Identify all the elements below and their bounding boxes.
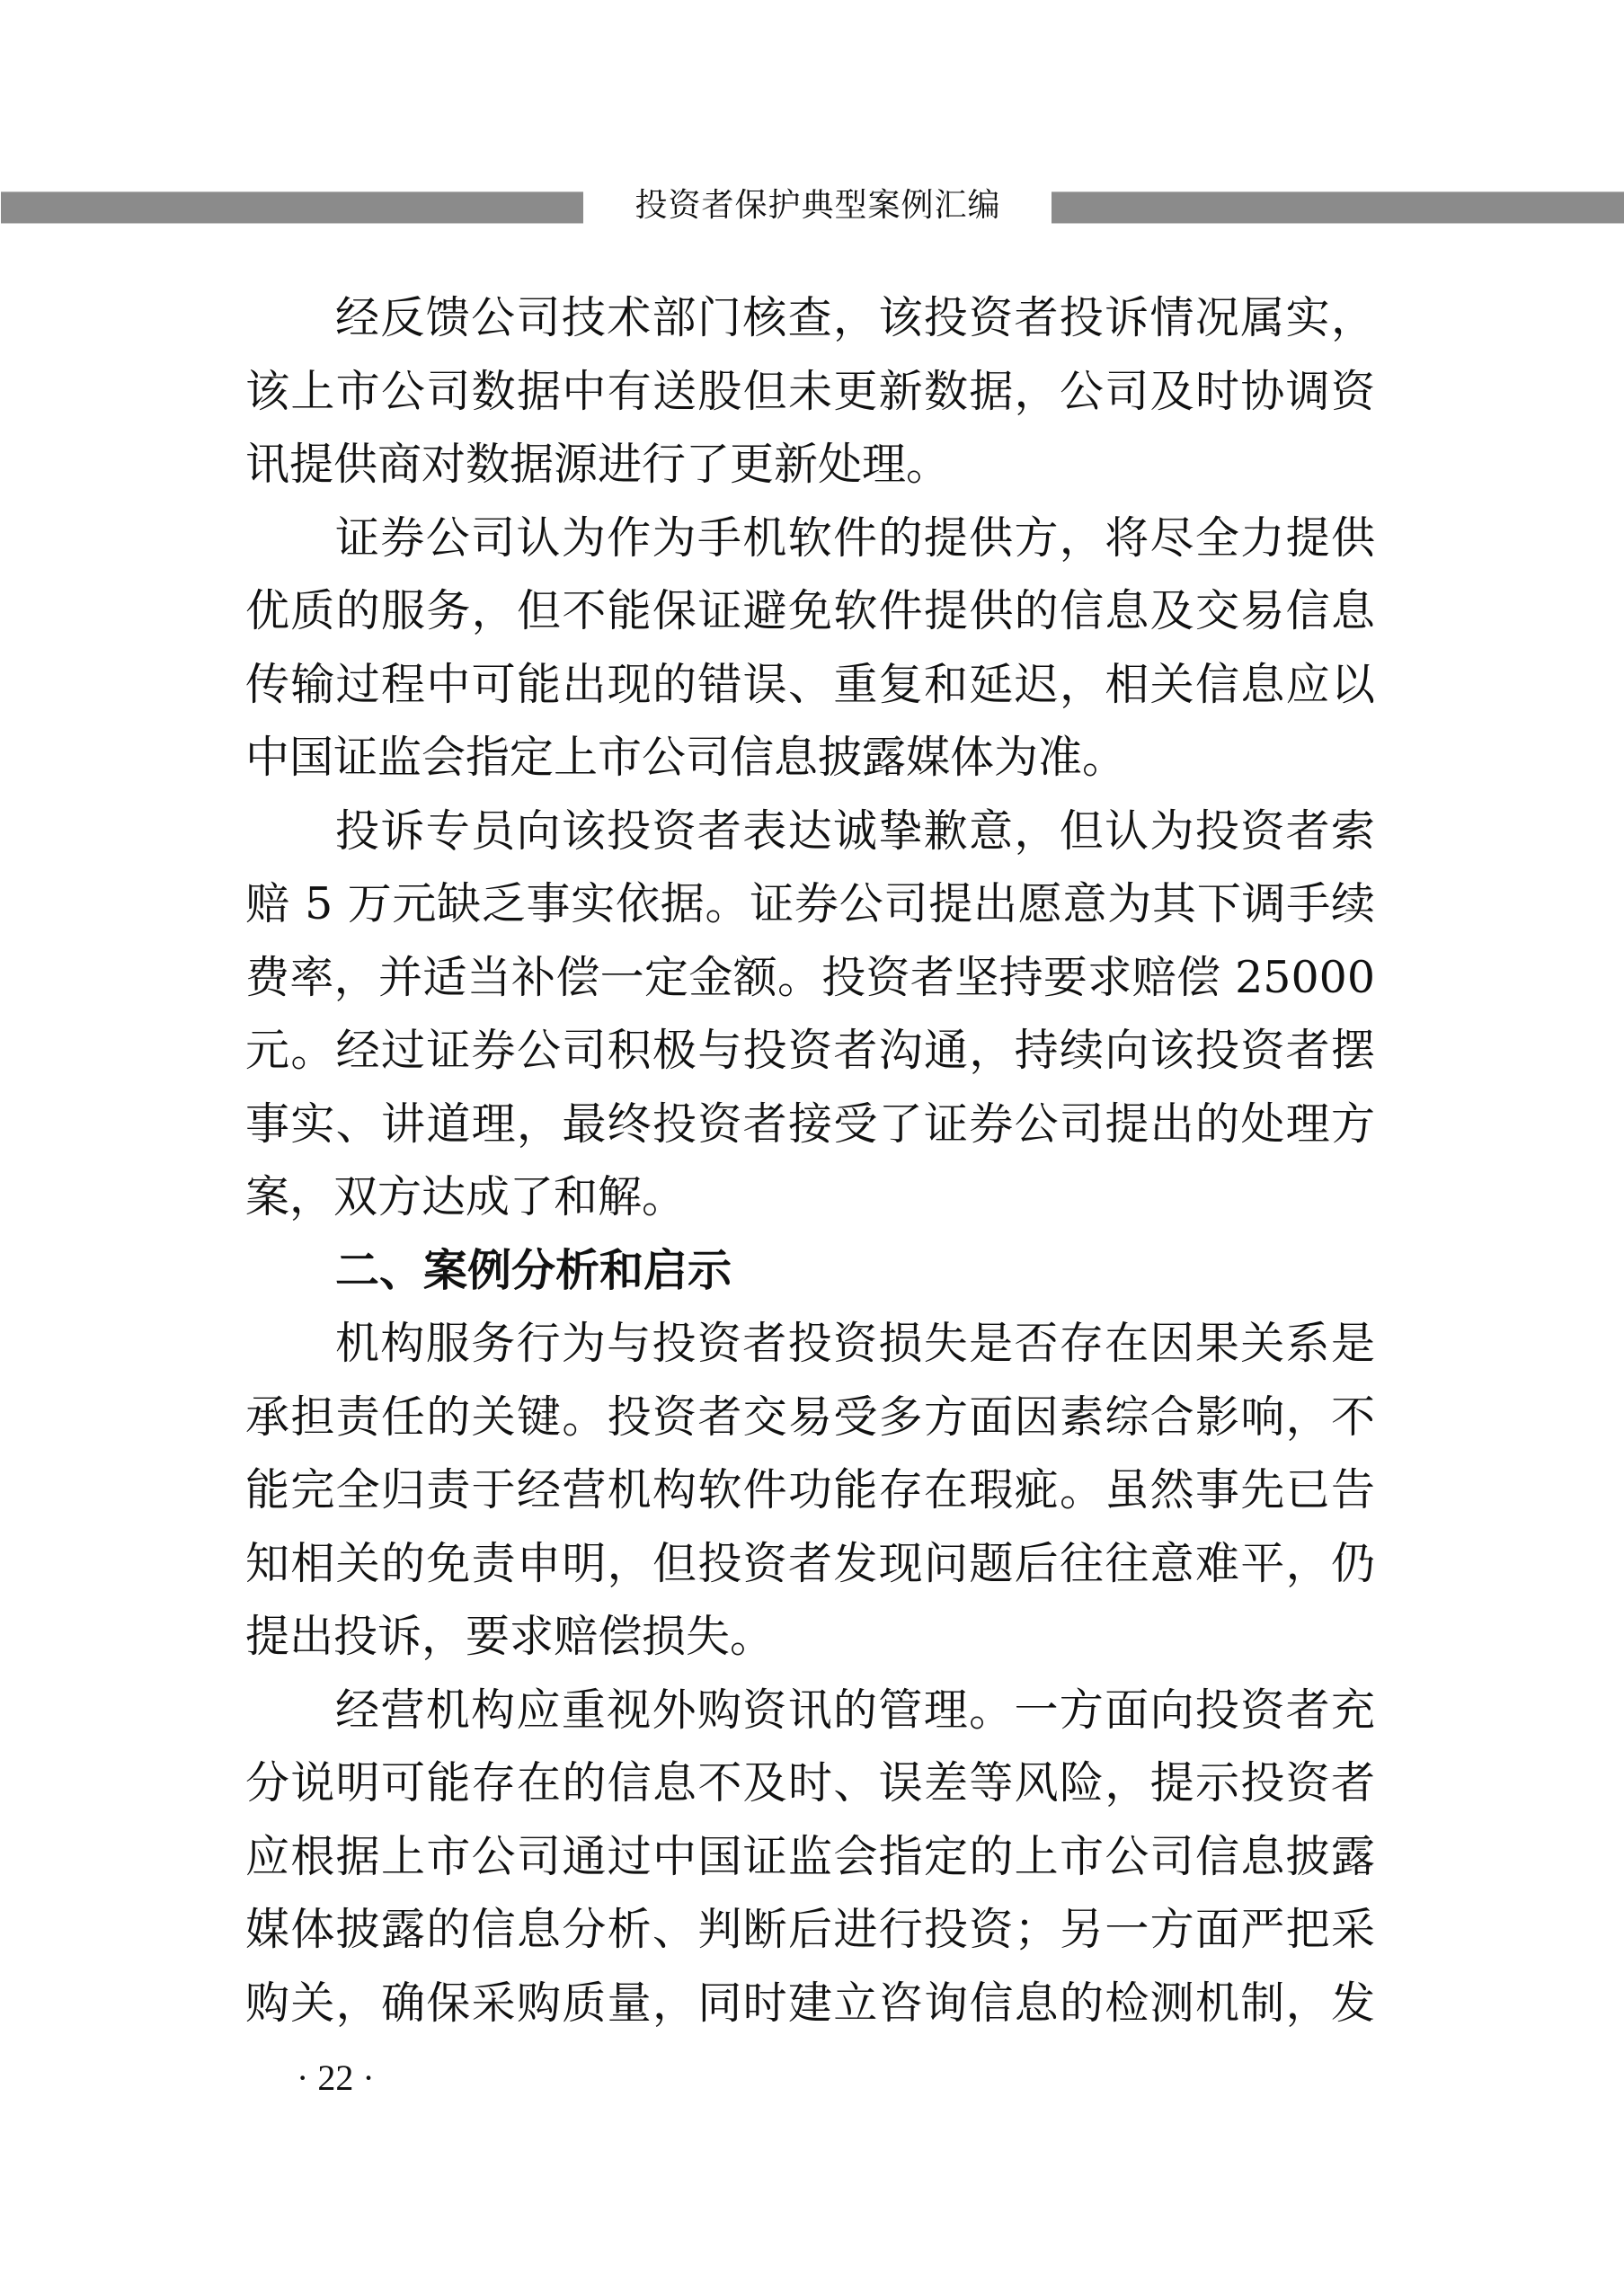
header-bar-left bbox=[1, 191, 583, 224]
paragraph-5-line: 购关，确保采购质量，同时建立咨询信息的检测机制，发 bbox=[245, 1971, 1375, 2045]
paragraph-4-line: 提出投诉，要求赔偿损失。 bbox=[245, 1604, 1375, 1678]
paragraph-3-line: 案，双方达成了和解。 bbox=[245, 1165, 1375, 1239]
header-bar-right bbox=[1052, 191, 1624, 224]
paragraph-5-line: 经营机构应重视外购资讯的管理。一方面向投资者充 bbox=[245, 1678, 1375, 1752]
paragraph-5-line: 应根据上市公司通过中国证监会指定的上市公司信息披露 bbox=[245, 1825, 1375, 1898]
running-header: 投资者保护典型案例汇编 bbox=[0, 191, 1624, 224]
paragraph-4-line: 机构服务行为与投资者投资损失是否存在因果关系是 bbox=[245, 1311, 1375, 1385]
paragraph-3-line: 投诉专员向该投资者表达诚挚歉意，但认为投资者索 bbox=[245, 799, 1375, 873]
paragraph-3-line: 事实、讲道理，最终投资者接受了证券公司提出的处理方 bbox=[245, 1092, 1375, 1166]
running-title: 投资者保护典型案例汇编 bbox=[629, 188, 1007, 224]
paragraph-1-line: 经反馈公司技术部门核查，该投资者投诉情况属实， bbox=[245, 286, 1375, 360]
paragraph-4-line: 知相关的免责申明，但投资者发现问题后往往意难平，仍 bbox=[245, 1532, 1375, 1605]
paragraph-3-line: 赔 5 万元缺乏事实依据。证券公司提出愿意为其下调手续 bbox=[245, 872, 1375, 946]
paragraph-2-line: 传输过程中可能出现的错误、重复和延迟，相关信息应以 bbox=[245, 653, 1375, 726]
body-text: 经反馈公司技术部门核查，该投资者投诉情况属实， 该上市公司数据中有送股但未更新数… bbox=[245, 286, 1375, 2044]
paragraph-2-line: 优质的服务，但不能保证避免软件提供的信息及交易信息 bbox=[245, 579, 1375, 653]
paragraph-2-line: 证券公司认为作为手机软件的提供方，将尽全力提供 bbox=[245, 506, 1375, 580]
paragraph-5-line: 媒体披露的信息分析、判断后进行投资；另一方面严把采 bbox=[245, 1898, 1375, 1971]
section-heading: 二、案例分析和启示 bbox=[245, 1239, 1375, 1312]
paragraph-5-line: 分说明可能存在的信息不及时、误差等风险，提示投资者 bbox=[245, 1751, 1375, 1825]
page-number: · 22 · bbox=[297, 2058, 375, 2098]
paragraph-1-line: 该上市公司数据中有送股但未更新数据，公司及时协调资 bbox=[245, 360, 1375, 433]
paragraph-3-line: 费率，并适当补偿一定金额。投资者坚持要求赔偿 25000 bbox=[245, 946, 1375, 1019]
paragraph-2-line: 中国证监会指定上市公司信息披露媒体为准。 bbox=[245, 725, 1375, 799]
paragraph-1-line: 讯提供商对数据源进行了更新处理。 bbox=[245, 432, 1375, 506]
paragraph-4-line: 承担责任的关键。投资者交易受多方面因素综合影响，不 bbox=[245, 1385, 1375, 1459]
paragraph-4-line: 能完全归责于经营机构软件功能存在瑕疵。虽然事先已告 bbox=[245, 1458, 1375, 1532]
paragraph-3-line: 元。经过证券公司积极与投资者沟通，持续向该投资者摆 bbox=[245, 1018, 1375, 1092]
